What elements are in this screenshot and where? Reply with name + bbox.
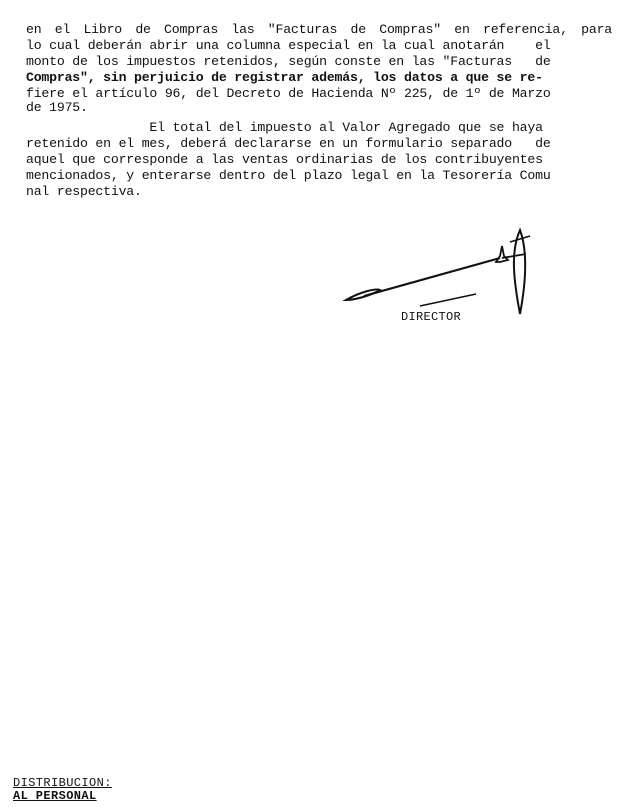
text-line: en el Libro de Compras las "Facturas de … (26, 22, 612, 38)
text-line: de 1975. (26, 100, 88, 116)
text-line: Compras", sin perjuicio de registrar ade… (26, 70, 543, 86)
text-line: lo cual deberán abrir una columna especi… (26, 38, 551, 54)
signature-icon (340, 222, 540, 322)
distribution-value: AL PERSONAL (13, 790, 97, 803)
text-line: fiere el artículo 96, del Decreto de Hac… (26, 86, 551, 102)
text-line: monto de los impuestos retenidos, según … (26, 54, 551, 70)
text-line: El total del impuesto al Valor Agregado … (26, 120, 543, 136)
text-line: aquel que corresponde a las ventas ordin… (26, 152, 543, 168)
text-line: retenido en el mes, deberá declararse en… (26, 136, 551, 152)
signature-title: DIRECTOR (401, 310, 461, 324)
text-line: nal respectiva. (26, 184, 142, 200)
text-line: mencionados, y enterarse dentro del plaz… (26, 168, 551, 184)
